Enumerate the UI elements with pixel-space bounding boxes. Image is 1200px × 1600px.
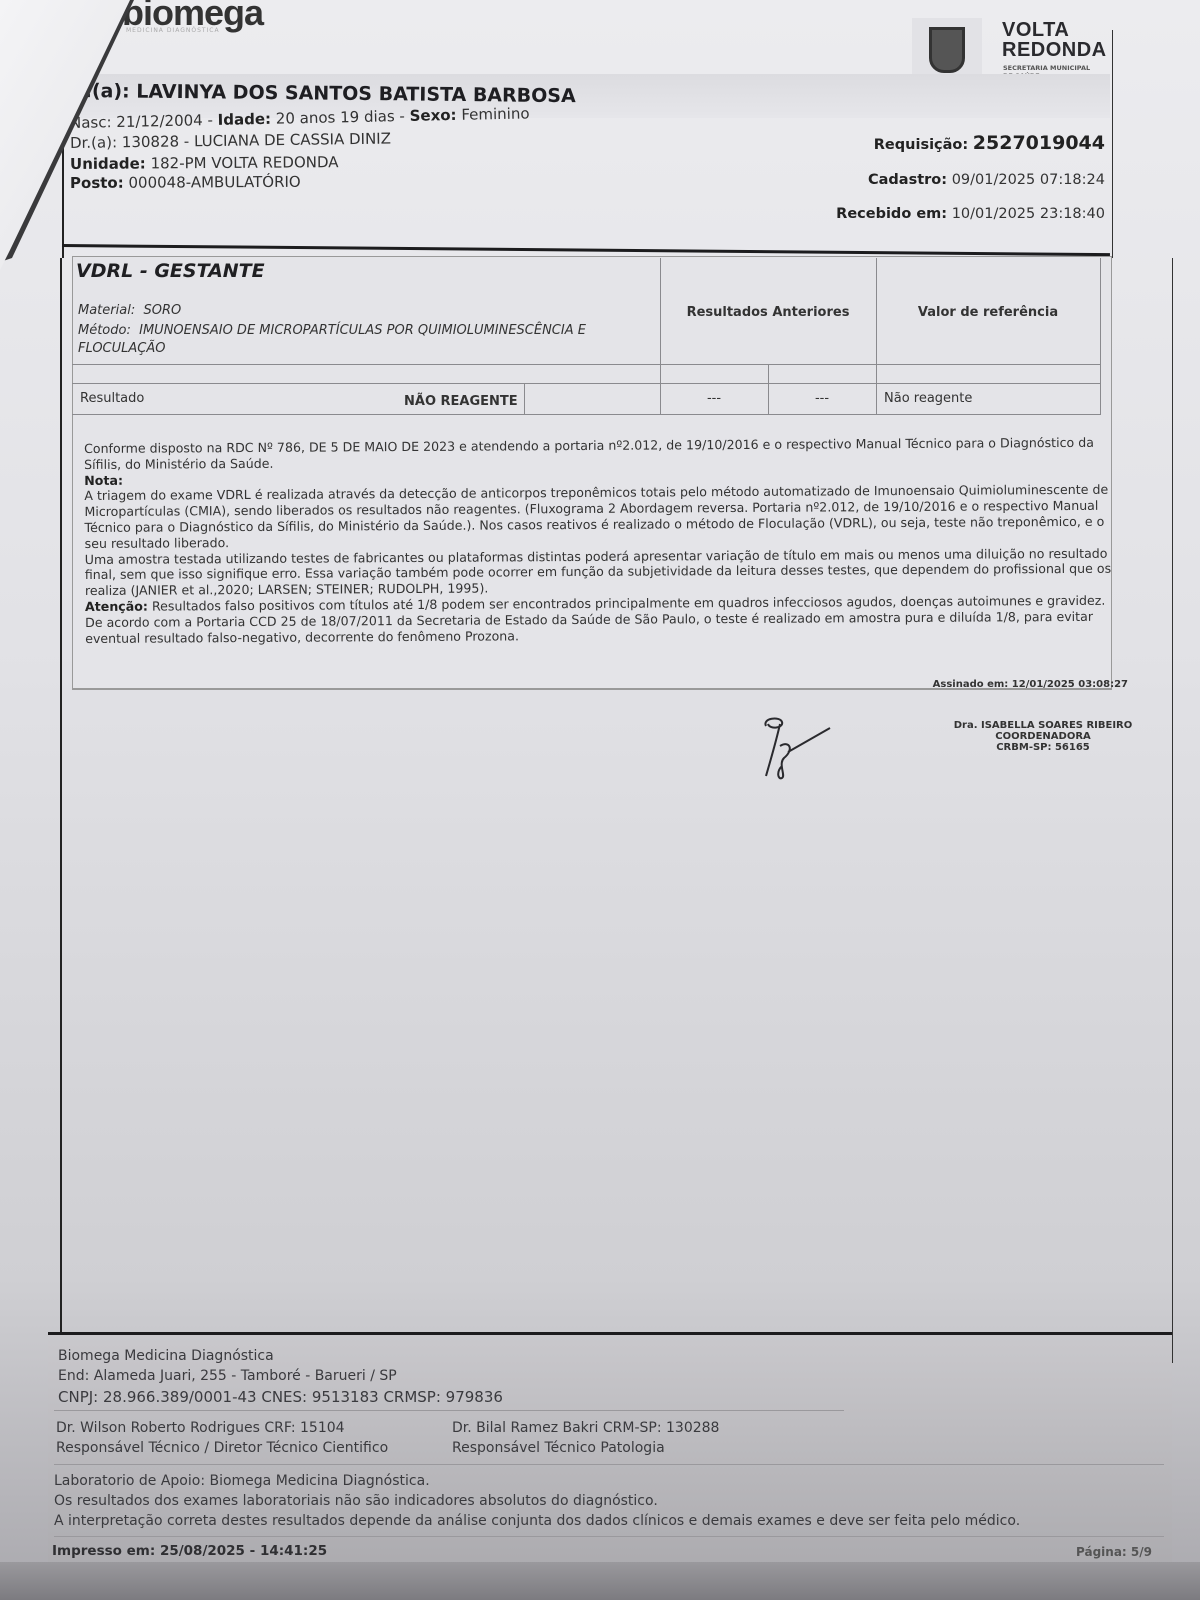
footer-disclaimer-2: A interpretação correta destes resultado… bbox=[54, 1513, 1020, 1529]
exam-title: VDRL - GESTANTE bbox=[76, 260, 265, 282]
requisition-number: Requisição: 2527019044 bbox=[874, 132, 1105, 154]
signer-role: COORDENADORA bbox=[948, 731, 1138, 742]
result-value: NÃO REAGENTE bbox=[404, 394, 518, 409]
lab-report-page: biomega MEDICINA DIAGNÓSTICA VOLTA REDON… bbox=[0, 0, 1200, 1600]
printed-datetime: Impresso em: 25/08/2025 - 14:41:25 bbox=[52, 1543, 327, 1559]
footer-separator bbox=[54, 1536, 1164, 1537]
result-label: Resultado bbox=[80, 391, 144, 406]
post: Posto: 000048-AMBULATÓRIO bbox=[70, 173, 301, 192]
previous-result-2: --- bbox=[768, 391, 876, 406]
exam-material: Material: SORO bbox=[78, 303, 181, 318]
signature-icon bbox=[760, 716, 840, 782]
footer-lab-name: Biomega Medicina Diagnóstica bbox=[58, 1348, 274, 1364]
volta-redonda-crest-icon bbox=[912, 18, 982, 82]
reference-value: Não reagente bbox=[884, 391, 972, 406]
footer-ids: CNPJ: 28.966.389/0001-43 CNES: 9513183 C… bbox=[58, 1388, 503, 1406]
column-header-reference: Valor de referência bbox=[876, 305, 1100, 320]
footer-separator bbox=[54, 1410, 844, 1411]
footer-support-lab: Laboratorio de Apoio: Biomega Medicina D… bbox=[54, 1473, 430, 1489]
footer-resp1-name: Dr. Wilson Roberto Rodrigues CRF: 15104 bbox=[56, 1420, 345, 1436]
signed-datetime: Assinado em: 12/01/2025 03:08:27 bbox=[933, 679, 1128, 690]
biomega-logo-subtitle: MEDICINA DIAGNÓSTICA bbox=[126, 27, 220, 34]
signer-name: Dra. ISABELLA SOARES RIBEIRO bbox=[948, 720, 1138, 731]
table-divider bbox=[876, 258, 877, 415]
column-header-previous: Resultados Anteriores bbox=[660, 305, 876, 320]
table-divider bbox=[72, 383, 1100, 384]
notes-paragraph-1: A triagem do exame VDRL é realizada atra… bbox=[84, 482, 1114, 551]
gov-title: VOLTA REDONDA bbox=[1002, 20, 1107, 60]
notes-paragraph-2: Uma amostra testada utilizando testes de… bbox=[85, 545, 1115, 599]
table-divider bbox=[1100, 258, 1101, 415]
table-divider bbox=[768, 364, 769, 415]
photo-bottom-edge bbox=[0, 1562, 1200, 1600]
table-divider bbox=[72, 364, 1100, 365]
received-datetime: Recebido em: 10/01/2025 23:18:40 bbox=[836, 206, 1105, 222]
footer-address: End: Alameda Juari, 255 - Tamboré - Baru… bbox=[58, 1368, 397, 1384]
footer-resp2-role: Responsável Técnico Patologia bbox=[452, 1440, 665, 1456]
footer-resp1-role: Responsável Técnico / Diretor Técnico Ci… bbox=[56, 1440, 388, 1456]
registration-datetime: Cadastro: 09/01/2025 07:18:24 bbox=[868, 172, 1105, 188]
exam-notes: Conforme disposto na RDC Nº 786, DE 5 DE… bbox=[84, 435, 1115, 647]
previous-result-1: --- bbox=[660, 391, 768, 406]
signer-registration: CRBM-SP: 56165 bbox=[948, 742, 1138, 753]
footer-separator bbox=[54, 1464, 1164, 1465]
exam-method: Método: IMUNOENSAIO DE MICROPARTÍCULAS P… bbox=[78, 322, 658, 358]
table-divider bbox=[524, 384, 525, 415]
signer-block: Dra. ISABELLA SOARES RIBEIRO COORDENADOR… bbox=[948, 720, 1138, 753]
notes-paragraph-3: De acordo com a Portaria CCD 25 de 18/07… bbox=[85, 608, 1115, 646]
table-divider bbox=[72, 414, 1100, 415]
nota-label: Nota: bbox=[84, 472, 123, 487]
page-number: Página: 5/9 bbox=[1076, 1545, 1152, 1559]
unit: Unidade: 182-PM VOLTA REDONDA bbox=[70, 153, 339, 173]
footer-disclaimer-1: Os resultados dos exames laboratoriais n… bbox=[54, 1493, 658, 1509]
footer-resp2-name: Dr. Bilal Ramez Bakri CRM-SP: 130288 bbox=[452, 1420, 719, 1436]
